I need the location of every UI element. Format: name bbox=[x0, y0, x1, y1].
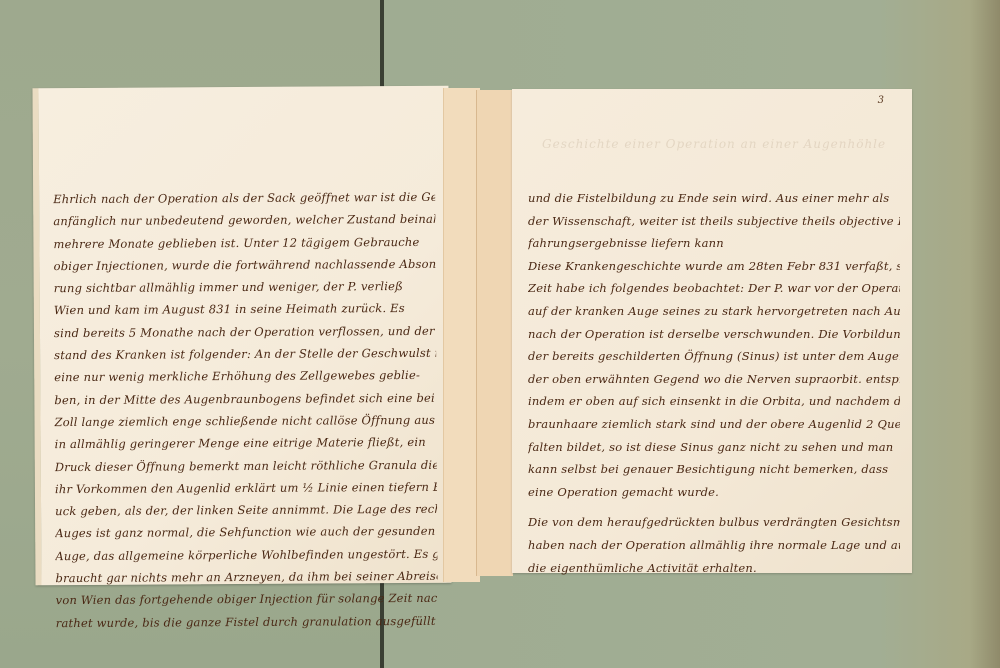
manuscript-line: Wien und kam im August 831 in seine Heim… bbox=[54, 297, 436, 322]
manuscript-line: Auge, das allgemeine körperliche Wohlbef… bbox=[55, 543, 437, 568]
manuscript-line: mehrere Monate geblieben ist. Unter 12 t… bbox=[53, 230, 435, 255]
manuscript-line: indem er oben auf sich einsenkt in die O… bbox=[528, 390, 900, 413]
manuscript-line: Ehrlich nach der Operation als der Sack … bbox=[53, 186, 435, 211]
manuscript-line: haben nach der Operation allmählig ihre … bbox=[528, 534, 900, 557]
manuscript-line: in allmählig geringerer Menge eine eitri… bbox=[55, 431, 437, 456]
manuscript-line: Druck dieser Öffnung bemerkt man leicht … bbox=[55, 453, 437, 478]
manuscript-line: der bereits geschilderten Öffnung (Sinus… bbox=[528, 345, 900, 368]
manuscript-line: und die Fistelbildung zu Ende sein wird.… bbox=[528, 187, 900, 210]
manuscript-line: uck geben, als der, der linken Seite ann… bbox=[55, 498, 437, 523]
manuscript-line: rathet wurde, bis die ganze Fistel durch… bbox=[56, 609, 438, 634]
left-page-text: Ehrlich nach der Operation als der Sack … bbox=[53, 186, 438, 634]
right-page-text: und die Fistelbildung zu Ende sein wird.… bbox=[528, 187, 900, 579]
manuscript-line: Auges ist ganz normal, die Sehfunction w… bbox=[55, 520, 437, 545]
manuscript-line: fahrungsergebnisse liefern kann bbox=[528, 232, 900, 255]
paragraph-gap bbox=[528, 503, 900, 511]
manuscript-line: die eigenthümliche Activität erhalten. bbox=[528, 557, 900, 580]
manuscript-line: ihr Vorkommen den Augenlid erklärt um ½ … bbox=[55, 476, 437, 501]
manuscript-line: Die von dem heraufgedrückten bulbus verd… bbox=[528, 511, 900, 534]
manuscript-line: falten bildet, so ist diese Sinus ganz n… bbox=[528, 436, 900, 459]
manuscript-line: nach der Operation ist derselbe verschwu… bbox=[528, 323, 900, 346]
binding-stub-flap bbox=[443, 88, 480, 582]
manuscript-line: der Wissenschaft, weiter ist theils subj… bbox=[528, 210, 900, 233]
manuscript-line: Diese Krankengeschichte wurde am 28ten F… bbox=[528, 255, 900, 278]
manuscript-line: ben, in der Mitte des Augenbraunbogens b… bbox=[54, 386, 436, 411]
manuscript-line: braunhaare ziemlich stark sind und der o… bbox=[528, 413, 900, 436]
binding-stub-flap bbox=[476, 90, 513, 576]
manuscript-line: braucht gar nichts mehr an Arzneyen, da … bbox=[55, 565, 437, 590]
manuscript-line: obiger Injectionen, wurde die fortwähren… bbox=[54, 253, 436, 278]
manuscript-line: stand des Kranken ist folgender: An der … bbox=[54, 342, 436, 367]
manuscript-line: von Wien das fortgehende obiger Injectio… bbox=[56, 587, 438, 612]
manuscript-line: sind bereits 5 Monathe nach der Operatio… bbox=[54, 320, 436, 345]
manuscript-line: eine nur wenig merkliche Erhöhung des Ze… bbox=[54, 364, 436, 389]
manuscript-line: der oben erwähnten Gegend wo die Nerven … bbox=[528, 368, 900, 391]
page-number: 3 bbox=[878, 95, 884, 106]
bleed-through-text: Geschichte einer Operation an einer Auge… bbox=[542, 137, 872, 151]
manuscript-line: eine Operation gemacht wurde. bbox=[528, 481, 900, 504]
manuscript-line: anfänglich nur unbedeutend geworden, wel… bbox=[53, 208, 435, 233]
right-manuscript-page: 3 Geschichte einer Operation an einer Au… bbox=[512, 89, 912, 573]
left-manuscript-page: Ehrlich nach der Operation als der Sack … bbox=[32, 86, 451, 586]
manuscript-line: rung sichtbar allmählig immer und wenige… bbox=[54, 275, 436, 300]
manuscript-line: kann selbst bei genauer Besichtigung nic… bbox=[528, 458, 900, 481]
manuscript-line: Zeit habe ich folgendes beobachtet: Der … bbox=[528, 277, 900, 300]
manuscript-line: Zoll lange ziemlich enge schließende nic… bbox=[54, 409, 436, 434]
manuscript-line: auf der kranken Auge seines zu stark her… bbox=[528, 300, 900, 323]
